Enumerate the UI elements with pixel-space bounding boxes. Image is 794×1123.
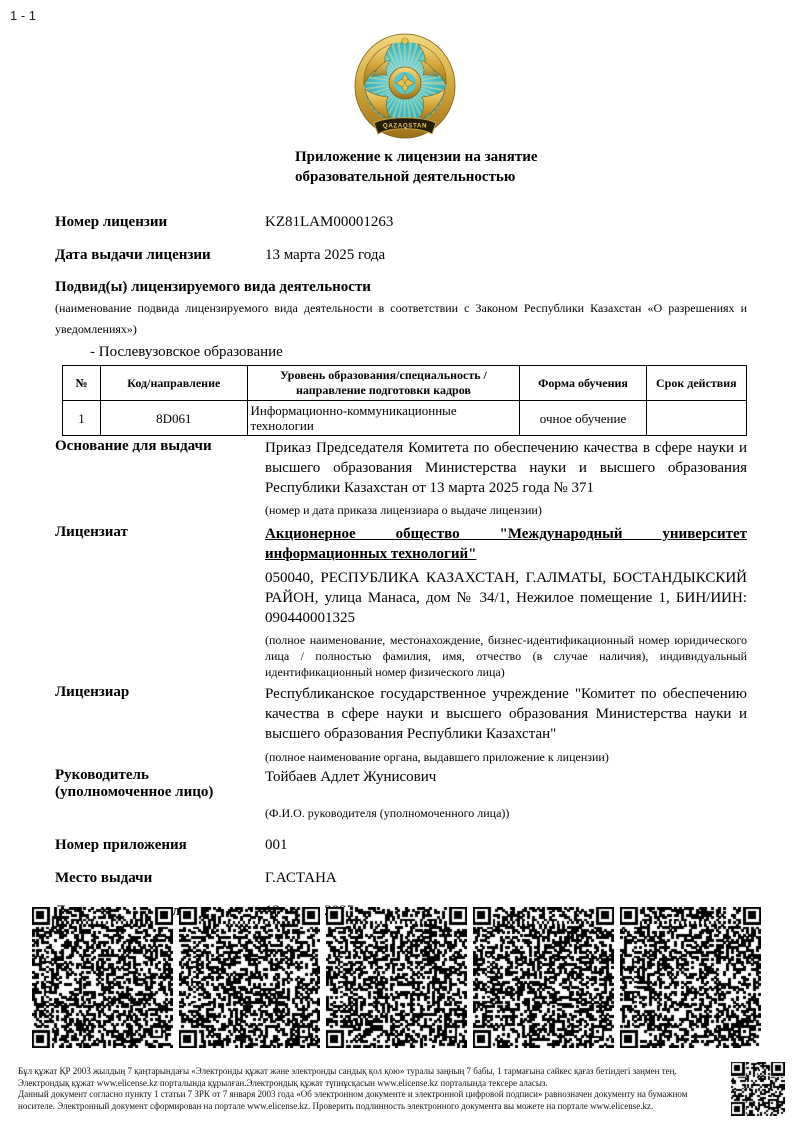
licensor-value: Республиканское государственное учрежден… [265,684,747,744]
head-value: Тойбаев Адлет Жунисович [265,767,747,787]
document-title-line2: образовательной деятельностью [295,167,538,187]
head-label: Руководитель (уполномоченное лицо) [55,767,265,821]
column-header-term: Срок действия [646,366,746,401]
subtype-item: - Послевузовское образование [55,342,747,362]
licensee-address: 050040, РЕСПУБЛИКА КАЗАХСТАН, Г.АЛМАТЫ, … [265,568,747,628]
annex-number-value: 001 [265,835,747,855]
field-license-number: Номер лицензии KZ81LAM00001263 [55,212,747,232]
page-number-marker: 1 - 1 [10,8,36,23]
section-head: Руководитель (уполномоченное лицо) Тойба… [55,767,747,821]
kazakhstan-emblem: QAZAQSTAN [352,33,458,141]
column-header-code: Код/направление [101,366,247,401]
section-licensor: Лицензиар Республиканское государственно… [55,684,747,765]
qr-code-4 [473,907,614,1048]
basis-note: (номер и дата приказа лицензиара о выдач… [265,502,747,518]
footer-line-3: Данный документ согласно пункту 1 статьи… [18,1089,723,1101]
column-header-number: № [63,366,101,401]
cell-code: 8D061 [101,401,247,436]
signature-qr-codes [32,907,761,1048]
qr-code-3 [326,907,467,1048]
footer-line-4: носителе. Электронный документ сформиров… [18,1101,723,1113]
verification-qr [731,1062,785,1116]
issue-place-value: Г.АСТАНА [265,868,747,888]
footer-qr-code [731,1062,785,1116]
issue-place-label: Место выдачи [55,868,265,888]
licensor-label: Лицензиар [55,684,265,765]
head-label-line1: Руководитель [55,767,265,784]
field-issue-place: Место выдачи Г.АСТАНА [55,868,747,888]
footer-line-1: Бұл құжат ҚР 2003 жылдың 7 қаңтарындағы … [18,1066,723,1078]
qr-code-1 [32,907,173,1048]
head-label-line2: (уполномоченное лицо) [55,784,265,801]
license-number-label: Номер лицензии [55,212,265,232]
basis-value: Приказ Председателя Комитета по обеспече… [265,438,747,498]
table-header-row: № Код/направление Уровень образования/сп… [63,366,747,401]
head-note: (Ф.И.О. руководителя (уполномоченного ли… [265,805,747,821]
subtypes-note: (наименование подвида лицензируемого вид… [55,298,747,340]
table-row: 1 8D061 Информационно-коммуникационные т… [63,401,747,436]
document-title: Приложение к лицензии на занятие образов… [295,147,538,187]
licensee-name: Акционерное общество "Международный унив… [265,524,747,564]
license-date-label: Дата выдачи лицензии [55,245,265,265]
licensee-note: (полное наименование, местонахождение, б… [265,632,747,680]
column-header-form: Форма обучения [520,366,646,401]
document-body: Номер лицензии KZ81LAM00001263 Дата выда… [55,212,747,921]
licensor-note: (полное наименование органа, выдавшего п… [265,749,747,765]
license-annex-document: 1 - 1 [0,0,794,1123]
cell-form: очное обучение [520,401,646,436]
basis-label: Основание для выдачи [55,438,265,518]
section-licensee: Лицензиат Акционерное общество "Междунар… [55,524,747,680]
emblem-banner-text: QAZAQSTAN [383,123,427,130]
qr-code-2 [179,907,320,1048]
cell-term [646,401,746,436]
license-date-value: 13 марта 2025 года [265,245,747,265]
section-basis: Основание для выдачи Приказ Председателя… [55,438,747,518]
qr-code-5 [620,907,761,1048]
subtypes-heading: Подвид(ы) лицензируемого вида деятельнос… [55,277,747,297]
annex-number-label: Номер приложения [55,835,265,855]
column-header-level: Уровень образования/специальность / напр… [247,366,520,401]
kazakhstan-emblem-icon: QAZAQSTAN [352,33,458,141]
cell-number: 1 [63,401,101,436]
field-license-date: Дата выдачи лицензии 13 марта 2025 года [55,245,747,265]
specialties-table: № Код/направление Уровень образования/сп… [62,365,747,436]
document-title-line1: Приложение к лицензии на занятие [295,147,538,167]
cell-level: Информационно-коммуникационные технологи… [247,401,520,436]
field-annex-number: Номер приложения 001 [55,835,747,855]
license-number-value: KZ81LAM00001263 [265,212,747,232]
licensee-label: Лицензиат [55,524,265,680]
footer-legal-text: Бұл құжат ҚР 2003 жылдың 7 қаңтарындағы … [18,1066,723,1112]
footer-line-2: Электрондық құжат www.elicense.kz портал… [18,1078,723,1090]
